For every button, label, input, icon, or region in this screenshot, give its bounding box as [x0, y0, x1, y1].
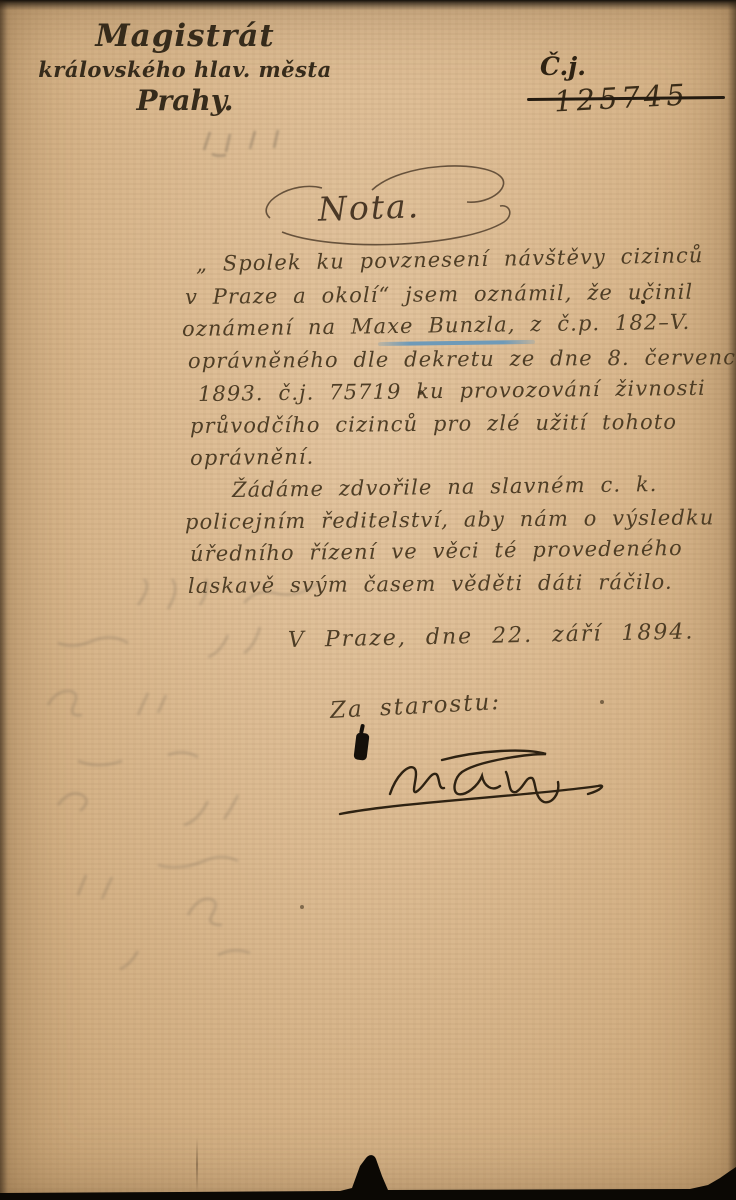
faded-pencil-smudge	[192, 124, 302, 164]
paper-edge-right	[728, 0, 736, 1200]
body-line: Žádáme zdvořile na slavném c. k.	[232, 472, 658, 502]
body-line: policejním ředitelství, aby nám o výsled…	[185, 505, 715, 534]
ink-speck	[641, 300, 645, 304]
reference-number-block: Č.j. 125745	[540, 52, 736, 115]
letterhead: Magistrát královského hlav. města Prahy.	[30, 18, 340, 117]
ink-speck	[418, 390, 423, 395]
scan-edge-bottom	[0, 1150, 736, 1200]
letterhead-line3: Prahy.	[30, 84, 340, 117]
blue-pencil-underline	[378, 340, 535, 346]
document-title: Nota.	[317, 186, 420, 229]
scanned-letter-page: Magistrát královského hlav. města Prahy.…	[0, 0, 736, 1200]
paper-edge-left	[0, 0, 8, 1200]
ink-speck	[600, 700, 604, 704]
ink-bleedthrough	[18, 565, 348, 975]
letterhead-line1: Magistrát	[30, 18, 340, 54]
reference-label: Č.j.	[540, 52, 586, 81]
closing: Za starostu:	[329, 689, 501, 724]
body-line: úředního řízení ve věci té provedeného	[190, 536, 683, 566]
letterhead-line2: královského hlav. města	[30, 57, 340, 82]
body-line: průvodčího cizinců pro zlé užití tohoto	[190, 410, 677, 438]
body-line: oprávnění.	[190, 445, 315, 470]
body-line: 1893. č.j. 75719 ku provozování živnosti	[198, 376, 706, 406]
scan-edge-top	[0, 0, 736, 10]
body-line: oznámení na Maxe Bunzla, z č.p. 182–V.	[182, 310, 691, 341]
dateline: V Praze, dne 22. září 1894.	[288, 619, 695, 653]
signature	[330, 742, 610, 822]
ink-speck	[300, 905, 304, 909]
body-line: oprávněného dle dekretu ze dne 8. červen…	[188, 345, 736, 373]
body-line: v Praze a okolí“ jsem oznámil, že učinil	[185, 280, 694, 309]
